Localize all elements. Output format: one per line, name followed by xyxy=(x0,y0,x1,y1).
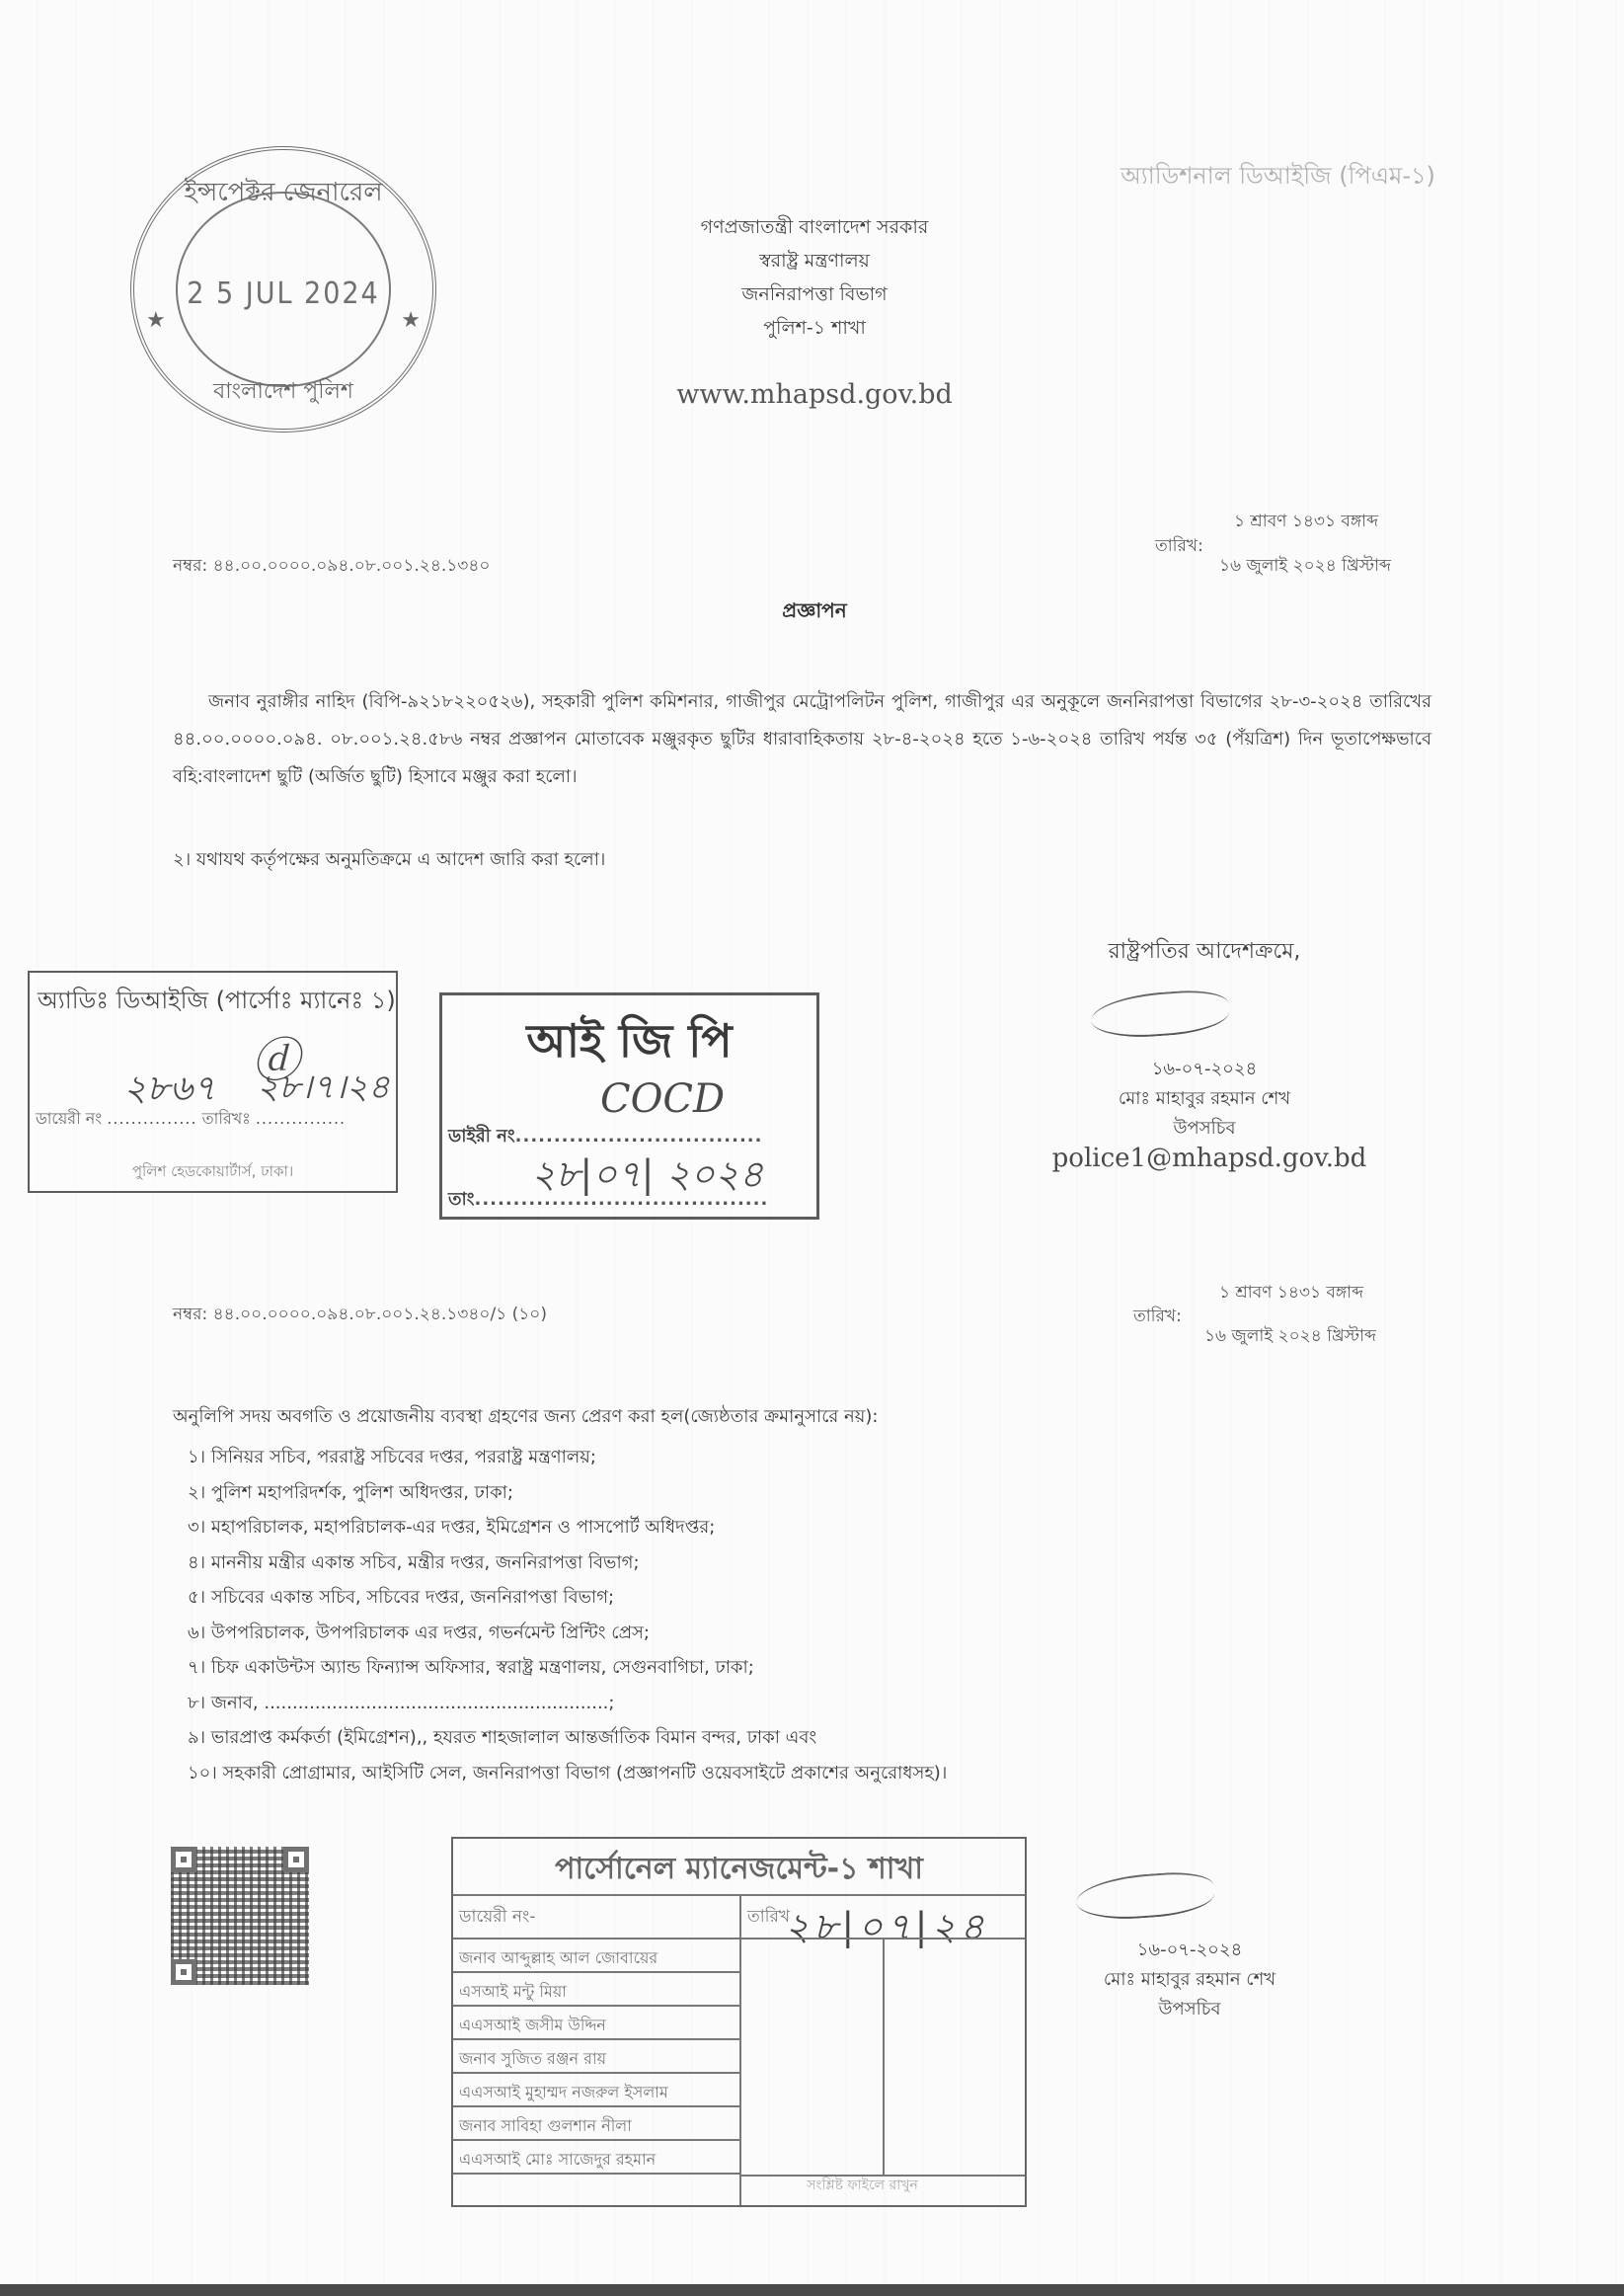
date-label: তারিখঃ xyxy=(202,1109,251,1128)
distribution-item: ১। সিনিয়র সচিব, পররাষ্ট্র সচিবের দপ্তর,… xyxy=(188,1440,947,1475)
stamp-title: অ্যাডিঃ ডিআইজি (পার্সোঃ ম্যানেঃ ১) xyxy=(38,983,396,1022)
diary-label: ডায়েরী নং xyxy=(36,1109,102,1128)
branch-stamp-title: পার্সোনেল ম্যানেজমেন্ট-১ শাখা xyxy=(453,1845,1025,1895)
order-reference-number: নম্বর: ৪৪.০০.০০০০.০৯৪.০৮.০০১.২৪.১৩৪০ xyxy=(173,553,490,581)
faint-receipt-stamp: অ্যাডিশনাল ডিআইজি (পিএম-১) xyxy=(1121,158,1435,198)
date-label: তাং xyxy=(448,1189,474,1210)
distribution-list: ১। সিনিয়র সচিব, পররাষ্ট্র সচিবের দপ্তর,… xyxy=(188,1440,947,1790)
signatory-email[interactable]: police1@mhapsd.gov.bd xyxy=(987,1144,1431,1173)
diary-row: ডায়েরী নং ............... তারিখঃ ......… xyxy=(36,1106,346,1133)
signatory-name: মোঃ মাহাবুর রহমান শেখ xyxy=(1027,1084,1382,1115)
header-branch: পুলিশ-১ শাখা xyxy=(592,314,1037,346)
qr-finder-pattern xyxy=(171,1847,196,1872)
distribution-intro: অনুলিপি সদয় অবগতি ও প্রয়োজনীয় ব্যবস্থ… xyxy=(173,1402,879,1433)
inspector-general-seal: ইন্সপেক্টর জেনারেল 2 5 JUL 2024 ★ ★ বাংল… xyxy=(130,146,436,433)
notification-title: প্রজ্ঞাপন xyxy=(592,596,1037,629)
branch-stamp-footer: সংশ্লিষ্ট ফাইলে রাখুন xyxy=(700,2174,1025,2197)
seal-top-text: ইন্সপেক্টর জেনারেল xyxy=(134,172,432,215)
seal-bottom-text: বাংলাদেশ পুলিশ xyxy=(134,374,432,411)
distribution-item: ১০। সহকারী প্রোগ্রামার, আইসিটি সেল, জননি… xyxy=(188,1756,947,1791)
header-ministry: স্বরাষ্ট্র মন্ত্রণালয় xyxy=(592,247,1037,278)
date-row: তাং.....................................… xyxy=(448,1185,768,1216)
star-icon: ★ xyxy=(146,308,166,333)
signatory-designation: উপসচিব xyxy=(1027,1114,1382,1145)
date-label: তারিখ xyxy=(747,1904,790,1932)
qr-finder-pattern xyxy=(171,1959,196,1985)
stamp-footer: পুলিশ হেডকোয়ার্টার্স, ঢাকা। xyxy=(30,1160,396,1185)
distribution-item: ৯। ভারপ্রাপ্ত কর্মকর্তা (ইমিগ্রেশন),, হয… xyxy=(188,1720,947,1756)
by-order-of-president: রাষ্ট্রপতির আদেশক্রমে, xyxy=(1027,934,1382,971)
assignee-name: এএসআই জসীম উদ্দিন xyxy=(459,2013,606,2039)
assignee-name: জনাব সুজিত রঞ্জন রায় xyxy=(459,2046,606,2073)
distribution-item: ৭। চিফ একাউন্টস অ্যান্ড ফিন্যান্স অফিসার… xyxy=(188,1650,947,1686)
distribution-item: ৬। উপপরিচালক, উপপরিচালক এর দপ্তর, গভর্নম… xyxy=(188,1616,947,1651)
order-paragraph-2: ২। যথাযথ কর্তৃপক্ষের অনুমতিক্রমে এ আদেশ … xyxy=(173,841,1431,879)
copy-date-gregorian: ১৬ জুলাই ২০২৪ খ্রিস্টাব্দ xyxy=(1204,1323,1376,1351)
signature-mark xyxy=(1090,988,1231,1041)
star-icon: ★ xyxy=(401,308,421,333)
signatory2-name: মোঃ মাহাবুর রহমান শেখ xyxy=(1027,1965,1353,1996)
signature-date: ১৬-০৭-২০২৪ xyxy=(1027,1055,1382,1085)
scanner-edge xyxy=(0,2284,1624,2296)
assignee-name: জনাব সাবিহা গুলশান নীলা xyxy=(459,2113,632,2140)
order-paragraph-1-text: জনাব নুরাঙ্গীর নাহিদ (বিপি-৯২১৮২২০৫২৬), … xyxy=(173,691,1431,787)
signature2-date: ১৬-০৭-২০২৪ xyxy=(1027,1936,1353,1966)
copy-reference-number: নম্বর: ৪৪.০০.০০০০.০৯৪.০৮.০০১.২৪.১৩৪০/১ (… xyxy=(173,1302,547,1329)
copy-date-label: তারিখ: xyxy=(1133,1304,1182,1331)
handwritten-diary-number: COCD xyxy=(600,1076,725,1122)
assignee-name: এএসআই মোঃ সাজেদুর রহমান xyxy=(459,2147,656,2174)
distribution-item: ৩। মহাপরিচালক, মহাপরিচালক-এর দপ্তর, ইমিগ… xyxy=(188,1510,947,1545)
diary-label: ডায়েরী নং- xyxy=(459,1904,536,1932)
website-link[interactable]: www.mhapsd.gov.bd xyxy=(592,379,1037,410)
handwritten-date: ২৮|০৭|২৪ xyxy=(785,1898,988,1961)
order-date-bangla: ১ শ্রাবণ ১৪৩১ বঙ্গাব্দ xyxy=(1234,509,1378,536)
stamp-title: আই জি পি xyxy=(442,1007,816,1082)
personnel-management-branch-stamp: পার্সোনেল ম্যানেজমেন্ট-১ শাখা ডায়েরী নং… xyxy=(451,1837,1027,2207)
header-government: গণপ্রজাতন্ত্রী বাংলাদেশ সরকার xyxy=(592,213,1037,245)
copy-date-bangla: ১ শ্রাবণ ১৪৩১ বঙ্গাব্দ xyxy=(1219,1280,1363,1307)
qr-finder-pattern xyxy=(283,1847,309,1872)
distribution-item: ২। পুলিশ মহাপরিদর্শক, পুলিশ অধিদপ্তর, ঢা… xyxy=(188,1475,947,1511)
addl-dig-receipt-stamp: অ্যাডিঃ ডিআইজি (পার্সোঃ ম্যানেঃ ১) ⓓ ২৮৬… xyxy=(28,971,398,1193)
header-division: জননিরাপত্তা বিভাগ xyxy=(592,280,1037,312)
diary-label: ডাইরী নং xyxy=(448,1126,515,1147)
order-paragraph-1: জনাব নুরাঙ্গীর নাহিদ (বিপি-৯২১৮২২০৫২৬), … xyxy=(173,683,1431,796)
assignee-name: এএসআই মুহাম্মদ নজরুল ইসলাম xyxy=(459,2080,668,2106)
signature-mark xyxy=(1075,1869,1216,1923)
assignee-name: জনাব আব্দুল্লাহ আল জোবায়ের xyxy=(459,1945,657,1972)
signatory2-designation: উপসচিব xyxy=(1027,1995,1353,2025)
assignee-name: এসআই মন্টু মিয়া xyxy=(459,1979,567,2006)
distribution-item: ৮। জনাব, ...............................… xyxy=(188,1686,947,1721)
igp-receipt-stamp: আই জি পি COCD ডাইরী নং..................… xyxy=(439,992,819,1220)
qr-code-icon xyxy=(171,1847,309,1985)
distribution-item: ৪। মাননীয় মন্ত্রীর একান্ত সচিব, মন্ত্রী… xyxy=(188,1545,947,1581)
distribution-item: ৫। সচিবের একান্ত সচিব, সচিবের দপ্তর, জনন… xyxy=(188,1580,947,1616)
seal-date: 2 5 JUL 2024 xyxy=(134,277,432,311)
order-date-gregorian: ১৬ জুলাই ২০২৪ খ্রিস্টাব্দ xyxy=(1219,553,1391,581)
order-date-label: তারিখ: xyxy=(1155,533,1203,561)
